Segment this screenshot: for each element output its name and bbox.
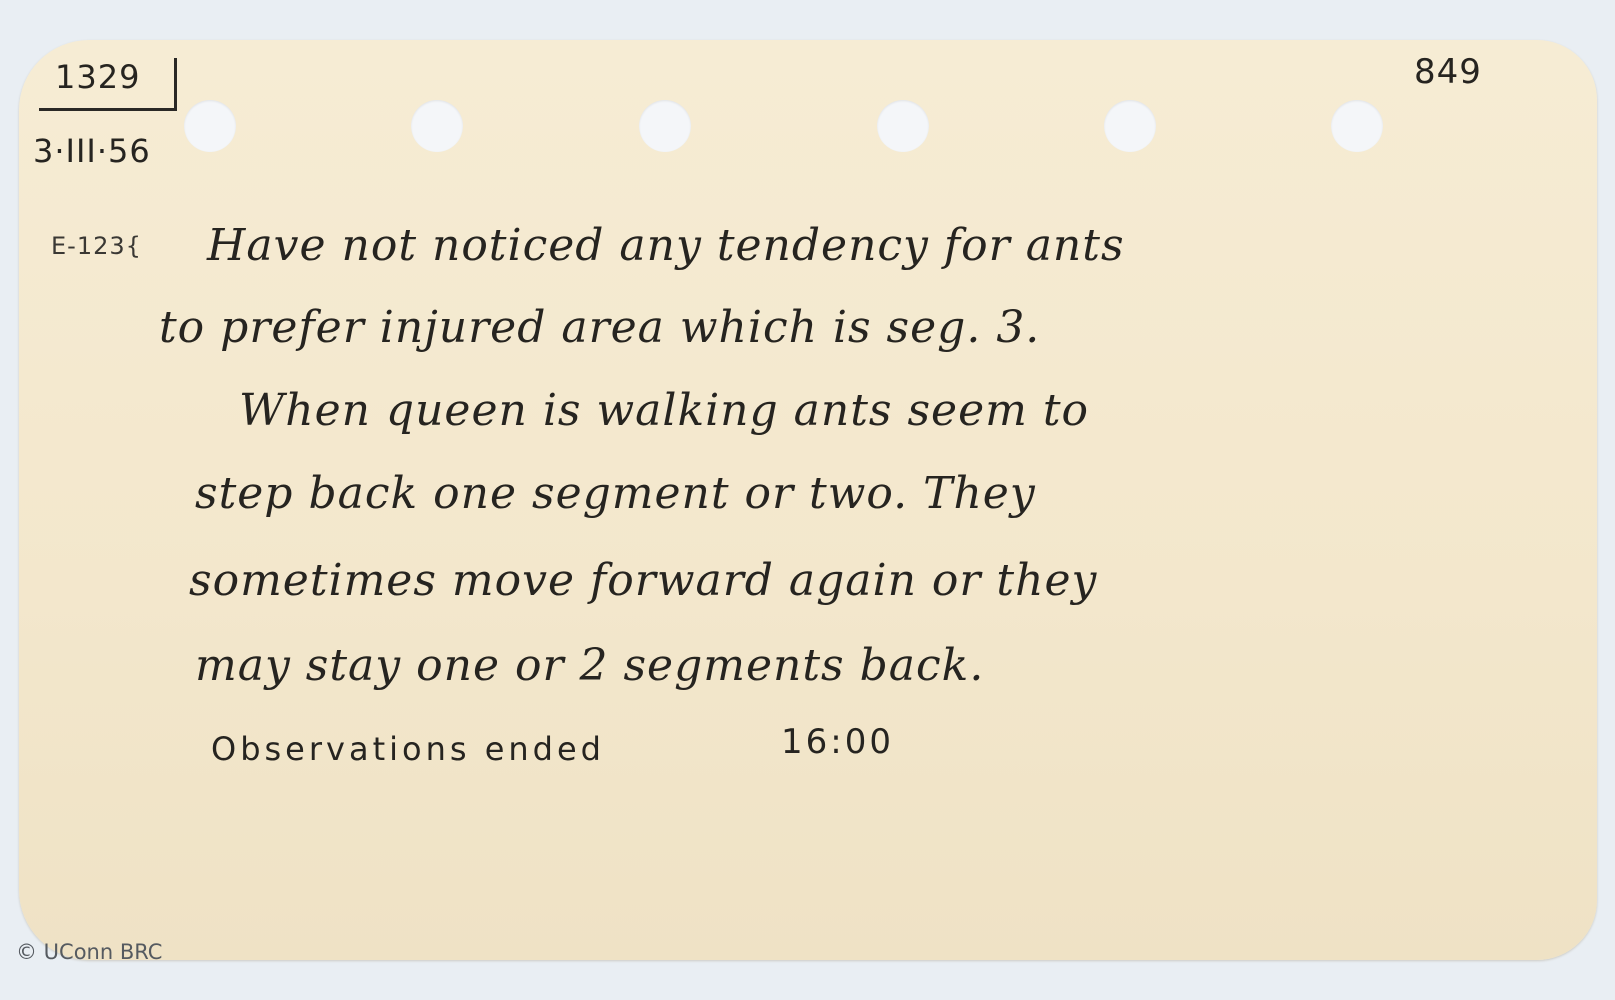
copyright-notice: © UConn BRC xyxy=(16,940,162,964)
catalog-number: 1329 xyxy=(55,58,140,96)
card-date: 3·III·56 xyxy=(33,132,151,170)
punch-hole xyxy=(184,100,236,152)
index-card: 1329 3·III·56 849 E-123{ Have not notice… xyxy=(19,40,1597,960)
punch-hole xyxy=(639,100,691,152)
punch-hole xyxy=(1104,100,1156,152)
note-line: may stay one or 2 segments back. xyxy=(195,640,984,691)
punch-hole xyxy=(877,100,929,152)
note-line: Have not noticed any tendency for ants xyxy=(207,220,1125,271)
observations-ended-time: 16:00 xyxy=(781,722,894,762)
note-line: sometimes move forward again or they xyxy=(189,555,1097,606)
note-line: step back one segment or two. They xyxy=(195,468,1036,519)
note-line: When queen is walking ants seem to xyxy=(239,385,1089,436)
punch-hole xyxy=(411,100,463,152)
page-number: 849 xyxy=(1414,52,1482,92)
note-line: to prefer injured area which is seg. 3. xyxy=(159,302,1040,353)
punch-hole xyxy=(1331,100,1383,152)
colony-reference: E-123{ xyxy=(51,232,142,260)
observations-ended-label: Observations ended xyxy=(211,730,605,768)
